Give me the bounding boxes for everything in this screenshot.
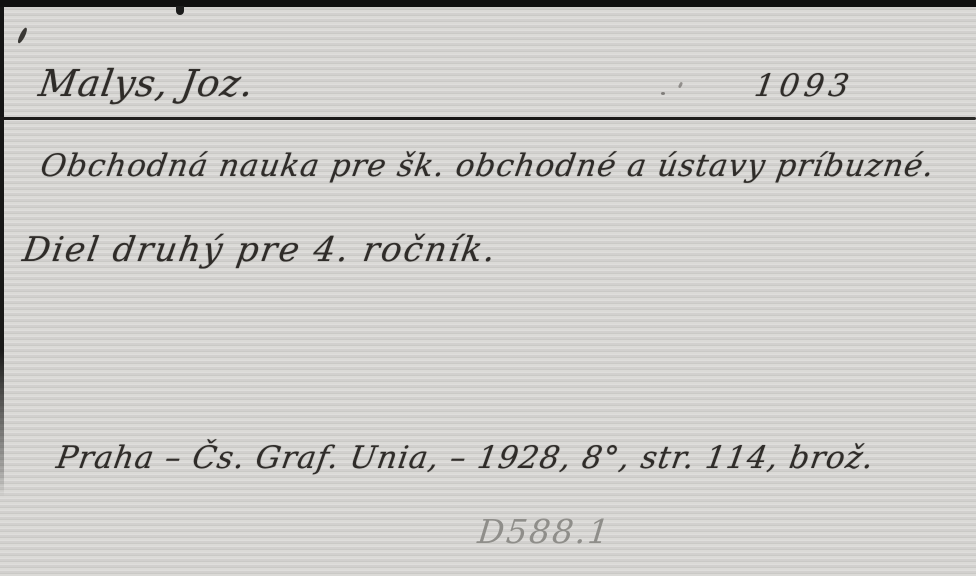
catalog-card: Malys, Joz. 1093 Obchodná nauka pre šk. … — [0, 0, 976, 576]
header-rule — [0, 117, 976, 120]
scan-left-edge — [0, 7, 4, 497]
scan-top-edge — [0, 0, 976, 7]
catalog-number: 1093 — [752, 68, 857, 104]
call-number-pencil: D588.1 — [476, 512, 613, 551]
title-line-2: Diel druhý pre 4. ročník. — [20, 230, 500, 270]
stray-ink-mark — [16, 27, 28, 44]
ink-dot — [678, 82, 683, 89]
ink-dot — [661, 92, 665, 95]
title-line-1: Obchodná nauka pre šk. obchodné a ústavy… — [38, 148, 937, 184]
author-heading: Malys, Joz. — [36, 62, 257, 105]
imprint-line: Praha – Čs. Graf. Unia, – 1928, 8°, str.… — [54, 440, 877, 476]
scan-top-notch — [176, 6, 184, 15]
